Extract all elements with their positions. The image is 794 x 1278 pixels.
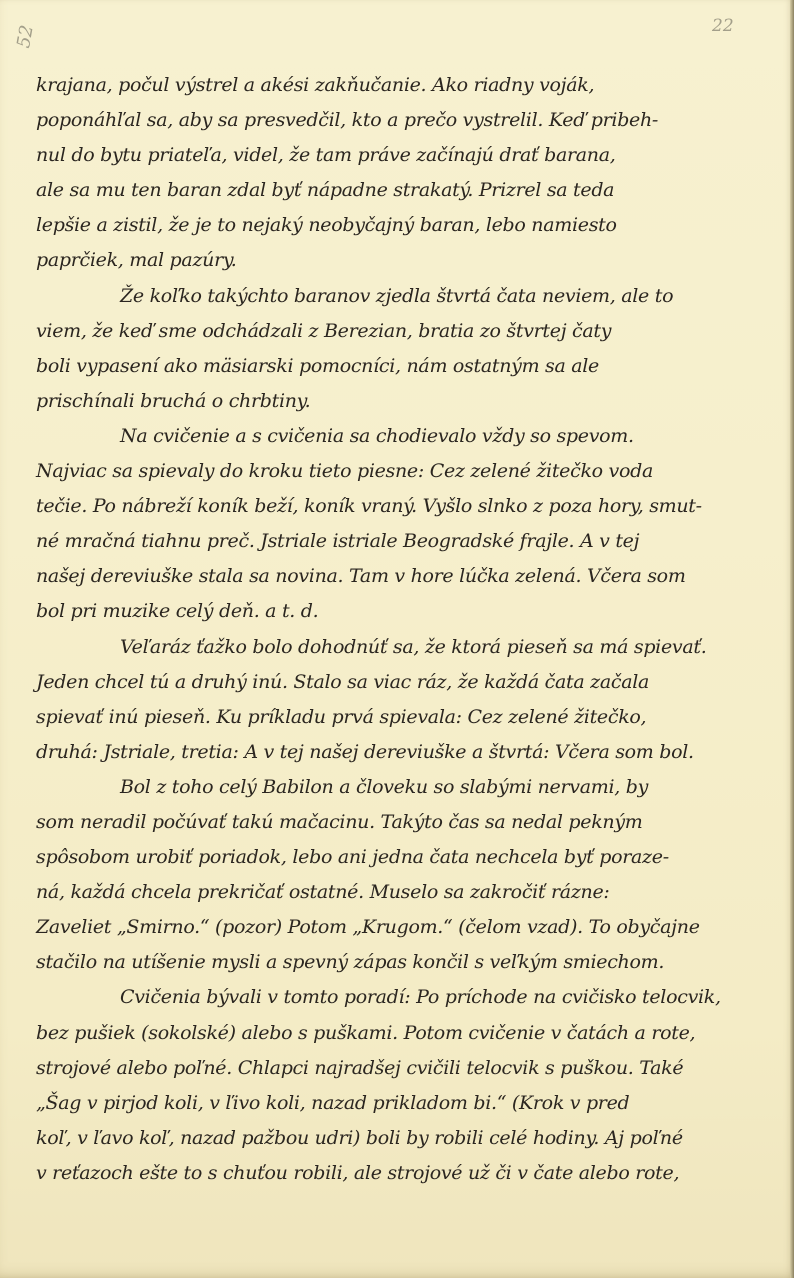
margin-pencil-mark: 52 xyxy=(13,23,38,49)
text-line: ale sa mu ten baran zdal byť nápadne str… xyxy=(36,173,766,208)
text-line: spievať inú pieseň. Ku príkladu prvá spi… xyxy=(36,700,766,735)
text-line: bez pušiek (sokolské) alebo s puškami. P… xyxy=(36,1016,766,1051)
text-line: Zaveliet „Smirno.“ (pozor) Potom „Krugom… xyxy=(36,910,766,945)
handwritten-text-body: krajana, počul výstrel a akési zakňučani… xyxy=(36,68,766,1191)
text-line: boli vypasení ako mäsiarski pomocníci, n… xyxy=(36,349,766,384)
text-line: prischínali bruchá o chrbtiny. xyxy=(36,384,766,419)
page-number: 22 xyxy=(712,16,734,36)
paragraph-start-line: Cvičenia bývali v tomto poradí: Po prích… xyxy=(36,980,766,1015)
text-line: v reťazoch ešte to s chuťou robili, ale … xyxy=(36,1156,766,1191)
manuscript-page: 52 22 krajana, počul výstrel a akési zak… xyxy=(0,0,794,1278)
text-line: „Šag v pirjod koli, v ľivo koli, nazad p… xyxy=(36,1086,766,1121)
paragraph-start-line: Že koľko takýchto baranov zjedla štvrtá … xyxy=(36,279,766,314)
text-line: paprčiek, mal pazúry. xyxy=(36,243,766,278)
text-line: strojové alebo poľné. Chlapci najradšej … xyxy=(36,1051,766,1086)
text-line: poponáhľal sa, aby sa presvedčil, kto a … xyxy=(36,103,766,138)
text-line: krajana, počul výstrel a akési zakňučani… xyxy=(36,68,766,103)
text-line: lepšie a zistil, že je to nejaký neobyča… xyxy=(36,208,766,243)
text-line: druhá: Jstriale, tretia: A v tej našej d… xyxy=(36,735,766,770)
text-line: stačilo na utíšenie mysli a spevný zápas… xyxy=(36,945,766,980)
text-line: nul do bytu priateľa, videl, že tam práv… xyxy=(36,138,766,173)
text-line: ná, každá chcela prekričať ostatné. Muse… xyxy=(36,875,766,910)
text-line: né mračná tiahnu preč. Jstriale istriale… xyxy=(36,524,766,559)
text-line: našej dereviuške stala sa novina. Tam v … xyxy=(36,559,766,594)
text-line: Najviac sa spievaly do kroku tieto piesn… xyxy=(36,454,766,489)
text-line: koľ, v ľavo koľ, nazad pažbou udri) boli… xyxy=(36,1121,766,1156)
text-line: bol pri muzike celý deň. a t. d. xyxy=(36,594,766,629)
text-line: spôsobom urobiť poriadok, lebo ani jedna… xyxy=(36,840,766,875)
paragraph-start-line: Veľaráz ťažko bolo dohodnúť sa, že ktorá… xyxy=(36,630,766,665)
text-line: viem, že keď sme odchádzali z Berezian, … xyxy=(36,314,766,349)
text-line: Jeden chcel tú a druhý inú. Stalo sa via… xyxy=(36,665,766,700)
page-edge-shadow xyxy=(790,0,794,1278)
paragraph-start-line: Na cvičenie a s cvičenia sa chodievalo v… xyxy=(36,419,766,454)
text-line: tečie. Po nábreží koník beží, koník vran… xyxy=(36,489,766,524)
paragraph-start-line: Bol z toho celý Babilon a človeku so sla… xyxy=(36,770,766,805)
text-line: som neradil počúvať takú mačacinu. Takýt… xyxy=(36,805,766,840)
